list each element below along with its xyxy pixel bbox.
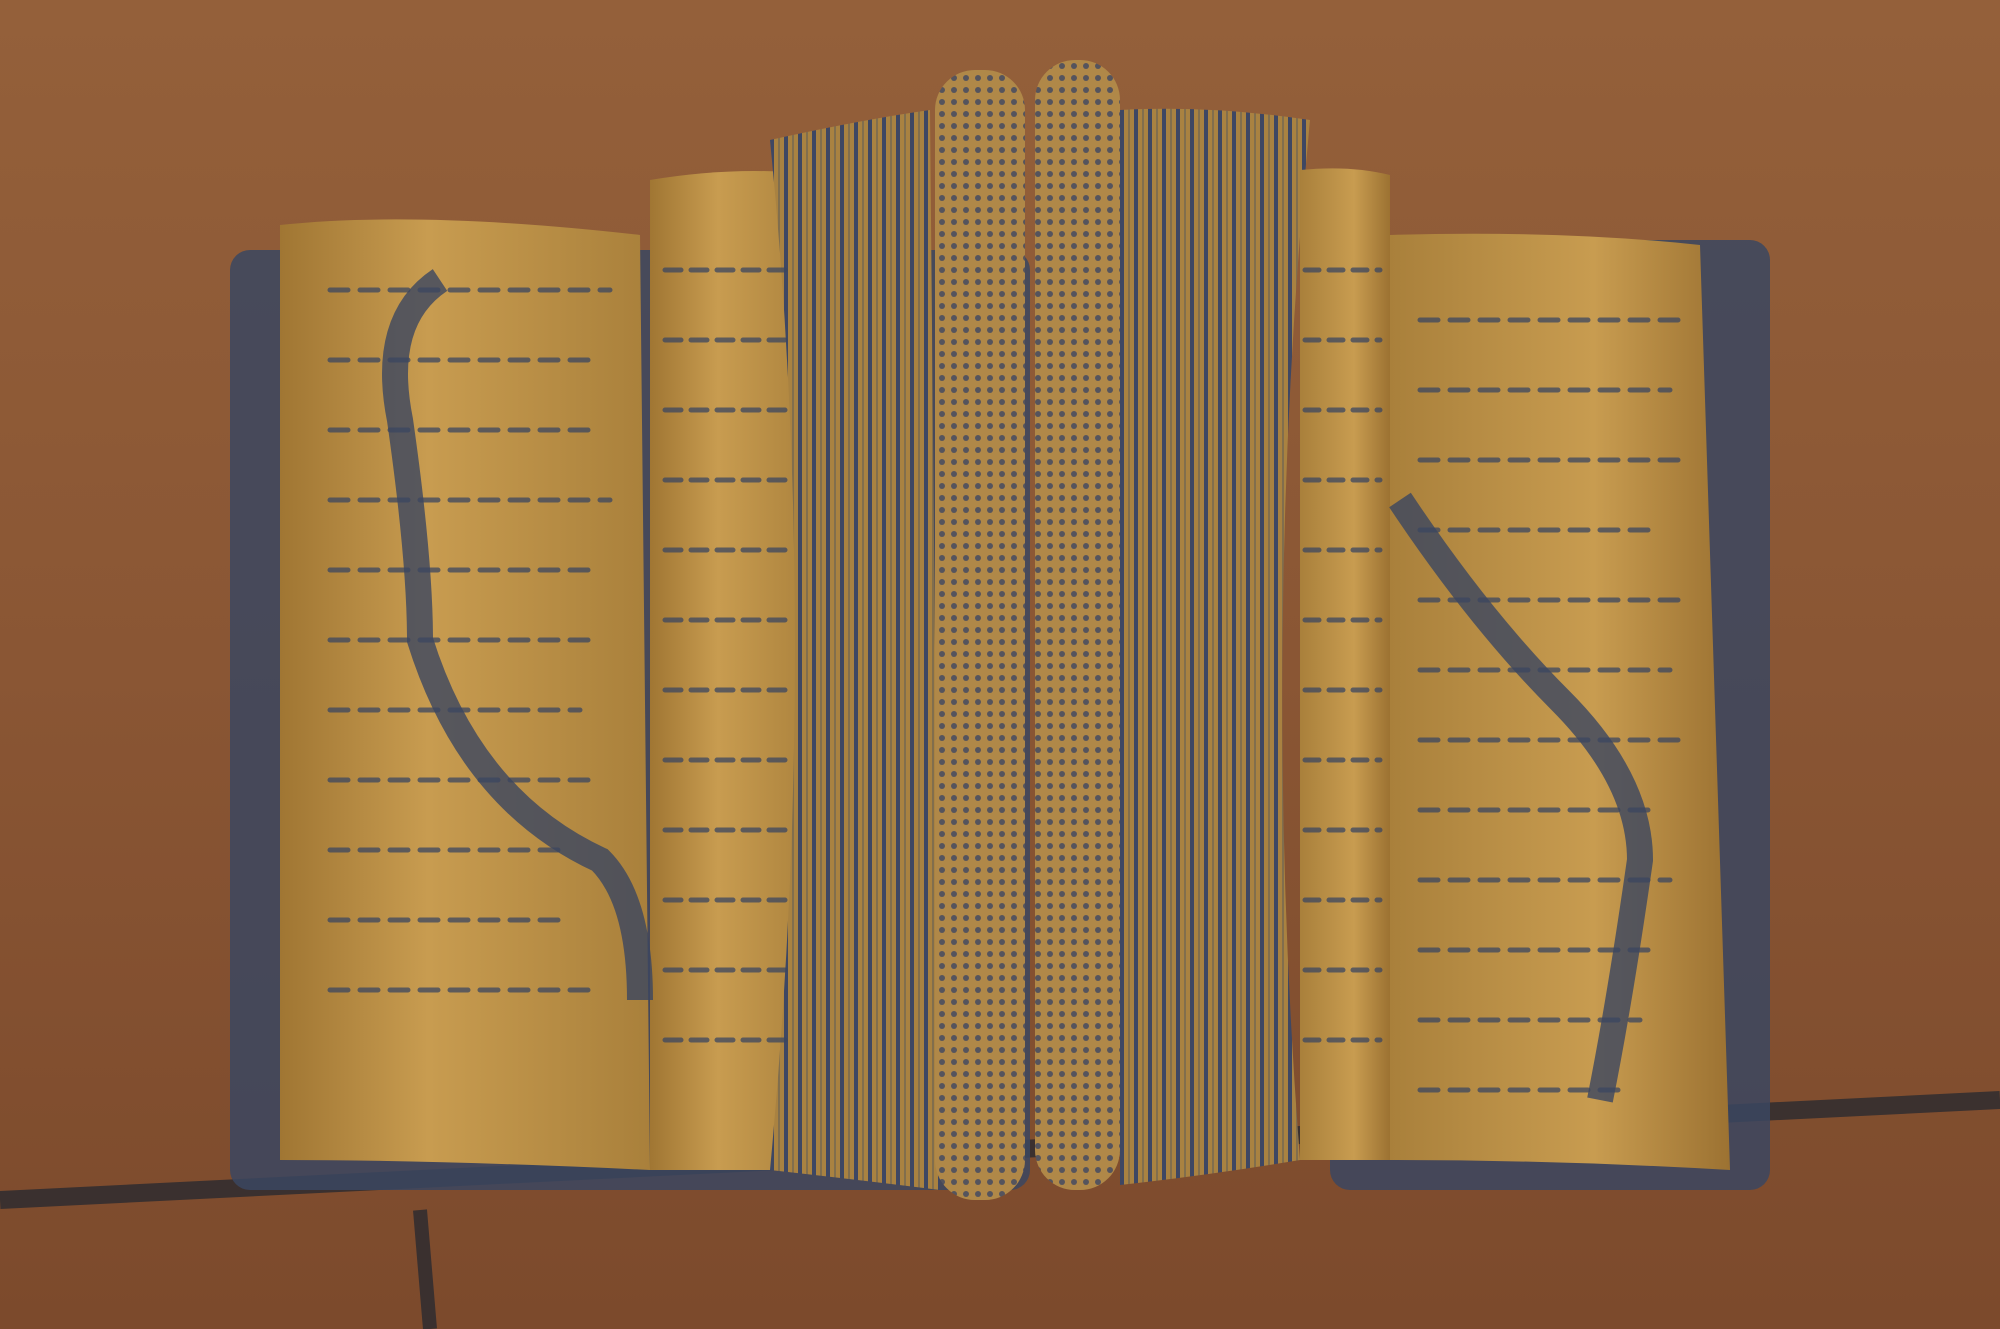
right-spine	[1035, 60, 1120, 1190]
bookends-illustration	[0, 0, 2000, 1329]
left-spine	[935, 70, 1025, 1200]
photo-scene	[0, 0, 2000, 1329]
left-page-edges	[770, 110, 940, 1190]
right-page-edges	[1120, 109, 1310, 1185]
